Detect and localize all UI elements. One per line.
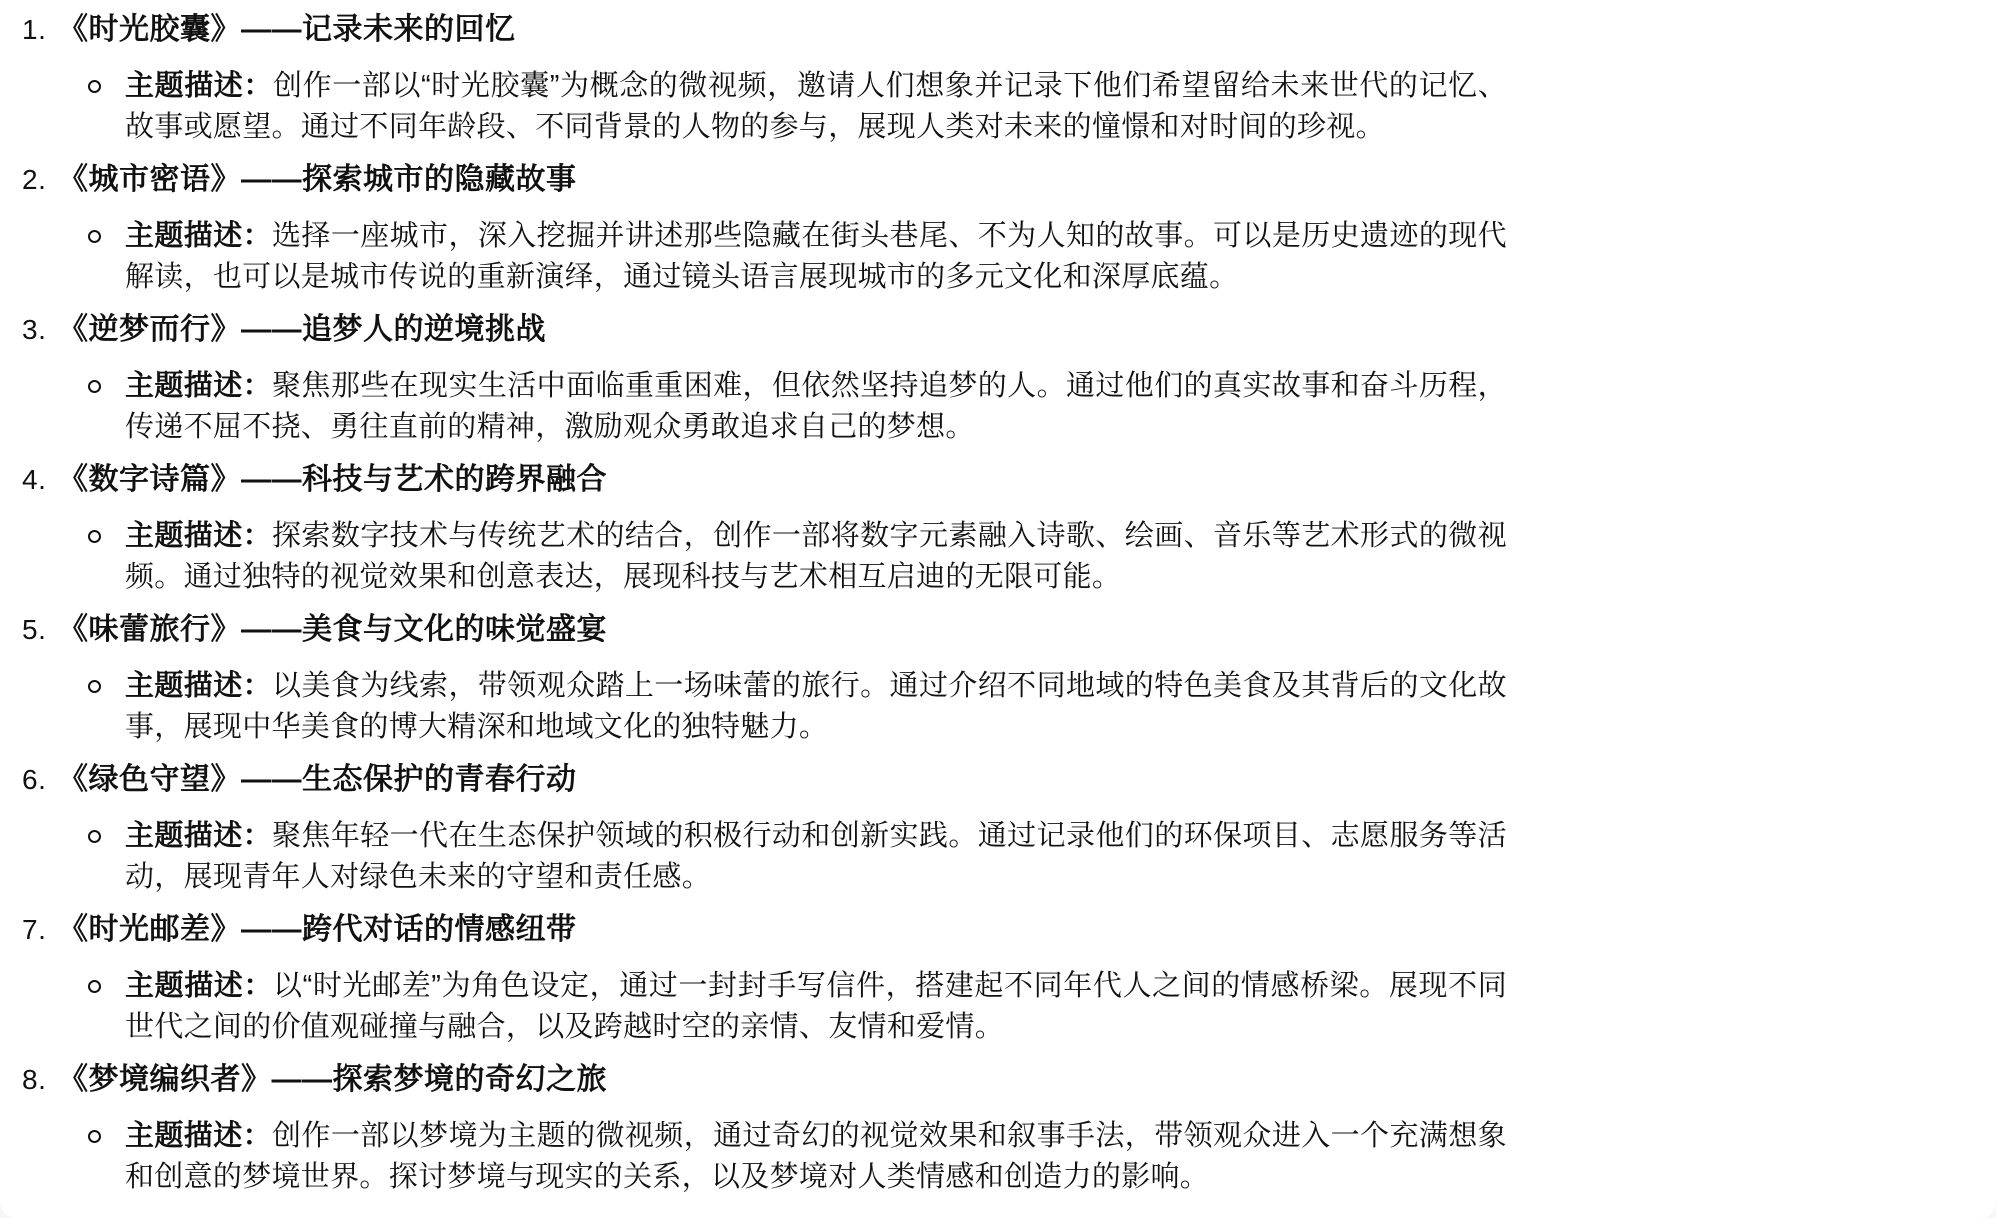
item-heading: 1. 《时光胶囊》——记录未来的回忆 [22, 12, 1972, 48]
item-title: 《梦境编织者》——探索梦境的奇幻之旅 [58, 1062, 607, 1098]
item-heading: 2. 《城市密语》——探索城市的隐藏故事 [22, 162, 1972, 198]
item-heading: 7. 《时光邮差》——跨代对话的情感纽带 [22, 912, 1972, 948]
list-item: 4. 《数字诗篇》——科技与艺术的跨界融合 主题描述：探索数字技术与传统艺术的结… [22, 462, 1972, 598]
list-item: 1. 《时光胶囊》——记录未来的回忆 主题描述：创作一部以“时光胶囊”为概念的微… [22, 12, 1972, 148]
item-number: 1. [22, 12, 58, 48]
item-heading: 4. 《数字诗篇》——科技与艺术的跨界融合 [22, 462, 1972, 498]
list-item: 3. 《逆梦而行》——追梦人的逆境挑战 主题描述：聚焦那些在现实生活中面临重重困… [22, 312, 1972, 448]
description-label: 主题描述： [125, 820, 272, 852]
description-label: 主题描述： [125, 970, 273, 1002]
document-page: 1. 《时光胶囊》——记录未来的回忆 主题描述：创作一部以“时光胶囊”为概念的微… [0, 0, 1996, 1218]
item-number: 8. [22, 1062, 58, 1098]
item-title: 《时光邮差》——跨代对话的情感纽带 [58, 912, 577, 948]
item-sub-row: 主题描述：以“时光邮差”为角色设定，通过一封封手写信件，搭建起不同年代人之间的情… [22, 966, 1972, 1048]
item-sub-row: 主题描述：创作一部以梦境为主题的微视频，通过奇幻的视觉效果和叙事手法，带领观众进… [22, 1116, 1972, 1198]
circle-bullet-icon [88, 1130, 101, 1143]
item-description: 主题描述：聚焦年轻一代在生态保护领域的积极行动和创新实践。通过记录他们的环保项目… [125, 816, 1507, 898]
description-text: 创作一部以“时光胶囊”为概念的微视频，邀请人们想象并记录下他们希望留给未来世代的… [125, 70, 1507, 143]
item-title: 《逆梦而行》——追梦人的逆境挑战 [58, 312, 546, 348]
item-number: 5. [22, 612, 58, 648]
description-text: 以美食为线索，带领观众踏上一场味蕾的旅行。通过介绍不同地域的特色美食及其背后的文… [125, 670, 1507, 743]
description-text: 以“时光邮差”为角色设定，通过一封封手写信件，搭建起不同年代人之间的情感桥梁。展… [125, 970, 1507, 1043]
circle-bullet-icon [88, 680, 101, 693]
description-label: 主题描述： [125, 370, 272, 402]
list-item: 7. 《时光邮差》——跨代对话的情感纽带 主题描述：以“时光邮差”为角色设定，通… [22, 912, 1972, 1048]
item-description: 主题描述：以“时光邮差”为角色设定，通过一封封手写信件，搭建起不同年代人之间的情… [125, 966, 1507, 1048]
list-item: 8. 《梦境编织者》——探索梦境的奇幻之旅 主题描述：创作一部以梦境为主题的微视… [22, 1062, 1972, 1198]
description-text: 创作一部以梦境为主题的微视频，通过奇幻的视觉效果和叙事手法，带领观众进入一个充满… [125, 1120, 1507, 1193]
item-heading: 6. 《绿色守望》——生态保护的青春行动 [22, 762, 1972, 798]
item-title: 《城市密语》——探索城市的隐藏故事 [58, 162, 577, 198]
description-label: 主题描述： [125, 1120, 272, 1152]
description-text: 聚焦年轻一代在生态保护领域的积极行动和创新实践。通过记录他们的环保项目、志愿服务… [125, 820, 1507, 893]
item-sub-row: 主题描述：选择一座城市，深入挖掘并讲述那些隐藏在街头巷尾、不为人知的故事。可以是… [22, 216, 1972, 298]
list-item: 2. 《城市密语》——探索城市的隐藏故事 主题描述：选择一座城市，深入挖掘并讲述… [22, 162, 1972, 298]
item-sub-row: 主题描述：以美食为线索，带领观众踏上一场味蕾的旅行。通过介绍不同地域的特色美食及… [22, 666, 1972, 748]
item-number: 2. [22, 162, 58, 198]
description-label: 主题描述： [125, 520, 272, 552]
item-heading: 8. 《梦境编织者》——探索梦境的奇幻之旅 [22, 1062, 1972, 1098]
circle-bullet-icon [88, 530, 101, 543]
item-title: 《时光胶囊》——记录未来的回忆 [58, 12, 516, 48]
circle-bullet-icon [88, 380, 101, 393]
circle-bullet-icon [88, 980, 101, 993]
list-item: 6. 《绿色守望》——生态保护的青春行动 主题描述：聚焦年轻一代在生态保护领域的… [22, 762, 1972, 898]
description-text: 探索数字技术与传统艺术的结合，创作一部将数字元素融入诗歌、绘画、音乐等艺术形式的… [125, 520, 1507, 593]
circle-bullet-icon [88, 80, 101, 93]
item-heading: 3. 《逆梦而行》——追梦人的逆境挑战 [22, 312, 1972, 348]
circle-bullet-icon [88, 830, 101, 843]
item-heading: 5. 《味蕾旅行》——美食与文化的味觉盛宴 [22, 612, 1972, 648]
item-sub-row: 主题描述：探索数字技术与传统艺术的结合，创作一部将数字元素融入诗歌、绘画、音乐等… [22, 516, 1972, 598]
item-sub-row: 主题描述：聚焦那些在现实生活中面临重重困难，但依然坚持追梦的人。通过他们的真实故… [22, 366, 1972, 448]
circle-bullet-icon [88, 230, 101, 243]
item-description: 主题描述：探索数字技术与传统艺术的结合，创作一部将数字元素融入诗歌、绘画、音乐等… [125, 516, 1507, 598]
item-number: 3. [22, 312, 58, 348]
item-description: 主题描述：创作一部以“时光胶囊”为概念的微视频，邀请人们想象并记录下他们希望留给… [125, 66, 1507, 148]
description-text: 选择一座城市，深入挖掘并讲述那些隐藏在街头巷尾、不为人知的故事。可以是历史遗迹的… [125, 220, 1507, 293]
item-title: 《数字诗篇》——科技与艺术的跨界融合 [58, 462, 607, 498]
item-description: 主题描述：以美食为线索，带领观众踏上一场味蕾的旅行。通过介绍不同地域的特色美食及… [125, 666, 1507, 748]
item-sub-row: 主题描述：聚焦年轻一代在生态保护领域的积极行动和创新实践。通过记录他们的环保项目… [22, 816, 1972, 898]
item-sub-row: 主题描述：创作一部以“时光胶囊”为概念的微视频，邀请人们想象并记录下他们希望留给… [22, 66, 1972, 148]
item-description: 主题描述：聚焦那些在现实生活中面临重重困难，但依然坚持追梦的人。通过他们的真实故… [125, 366, 1507, 448]
item-number: 7. [22, 912, 58, 948]
description-label: 主题描述： [125, 220, 272, 252]
description-text: 聚焦那些在现实生活中面临重重困难，但依然坚持追梦的人。通过他们的真实故事和奋斗历… [125, 370, 1507, 443]
item-number: 6. [22, 762, 58, 798]
item-title: 《绿色守望》——生态保护的青春行动 [58, 762, 577, 798]
list-item: 5. 《味蕾旅行》——美食与文化的味觉盛宴 主题描述：以美食为线索，带领观众踏上… [22, 612, 1972, 748]
item-title: 《味蕾旅行》——美食与文化的味觉盛宴 [58, 612, 607, 648]
description-label: 主题描述： [125, 70, 273, 102]
item-description: 主题描述：选择一座城市，深入挖掘并讲述那些隐藏在街头巷尾、不为人知的故事。可以是… [125, 216, 1507, 298]
item-number: 4. [22, 462, 58, 498]
description-label: 主题描述： [125, 670, 272, 702]
item-description: 主题描述：创作一部以梦境为主题的微视频，通过奇幻的视觉效果和叙事手法，带领观众进… [125, 1116, 1507, 1198]
